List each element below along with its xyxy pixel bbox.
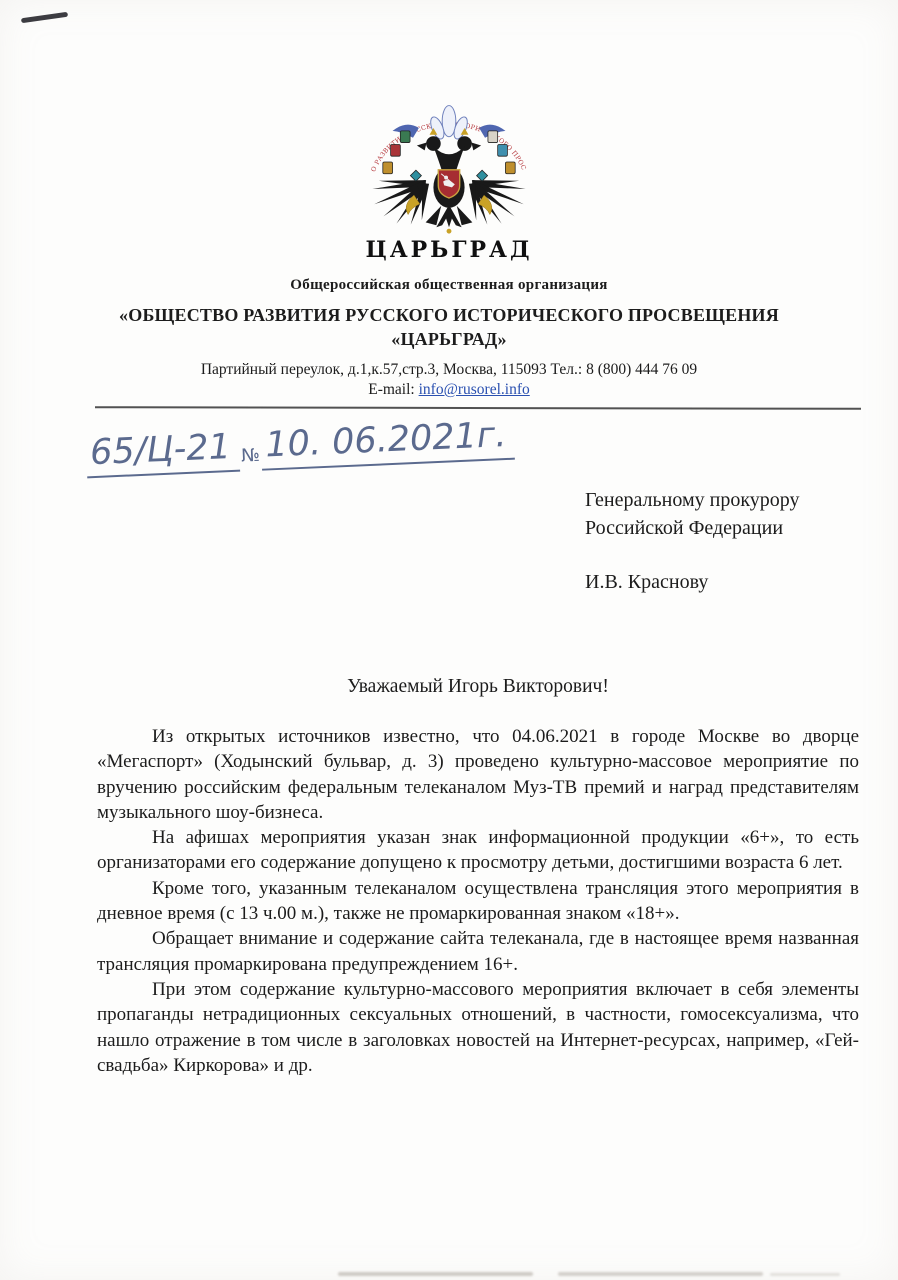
org-type-line: Общероссийская общественная организация: [24, 277, 874, 294]
email-line: E-mail: info@rusorel.info: [24, 381, 874, 399]
scan-edge-smudge: [770, 1273, 840, 1276]
letterhead-divider: [95, 406, 861, 410]
recipient-name: И.В. Краснову: [585, 568, 800, 596]
org-name-line2: «ЦАРЬГРАД»: [24, 329, 874, 350]
paragraph: Из открытых источников известно, что 04.…: [97, 724, 859, 825]
letterhead: ОБЩЕСТВО РАЗВИТИЯ РУССКОГО ИСТОРИЧЕСКОГО…: [24, 90, 874, 399]
recipient-block: Генеральному прокурору Российской Федера…: [585, 486, 800, 596]
email-link: info@rusorel.info: [419, 381, 530, 398]
emblem-caption: ЦАРЬГРАД: [24, 237, 874, 263]
paragraph: Кроме того, указанным телеканалом осущес…: [97, 876, 859, 927]
tsargrad-coat-of-arms-icon: ОБЩЕСТВО РАЗВИТИЯ РУССКОГО ИСТОРИЧЕСКОГО…: [351, 90, 547, 236]
central-shield-icon: [438, 170, 459, 198]
email-label: E-mail:: [368, 381, 415, 398]
scan-edge-smudge: [338, 1272, 533, 1276]
letter-body: Из открытых источников известно, что 04.…: [97, 724, 859, 1078]
letter-date: 10. 06.2021г.: [261, 415, 516, 471]
org-name-line1: «ОБЩЕСТВО РАЗВИТИЯ РУССКОГО ИСТОРИЧЕСКОГ…: [24, 305, 874, 326]
org-address: Партийный переулок, д.1,к.57,стр.3, Моск…: [24, 361, 874, 379]
outgoing-number: 65/Ц-21: [85, 427, 239, 479]
scanned-letter-page: ОБЩЕСТВО РАЗВИТИЯ РУССКОГО ИСТОРИЧЕСКОГО…: [0, 0, 898, 1280]
pen-mark-artifact: [21, 12, 68, 23]
salutation: Уважаемый Игорь Викторович!: [97, 676, 859, 698]
number-sign: №: [241, 445, 261, 467]
emblem-plume-icon: [428, 106, 470, 141]
recipient-title-line2: Российской Федерации: [585, 514, 800, 542]
paragraph: При этом содержание культурно-массового …: [97, 977, 859, 1078]
paragraph: Обращает внимание и содержание сайта тел…: [97, 926, 859, 977]
recipient-title-line1: Генеральному прокурору: [585, 486, 800, 514]
handwritten-reference: 65/Ц-21№10. 06.2021г.: [85, 415, 515, 474]
paragraph: На афишах мероприятия указан знак информ…: [97, 825, 859, 876]
scan-edge-smudge: [558, 1272, 763, 1276]
